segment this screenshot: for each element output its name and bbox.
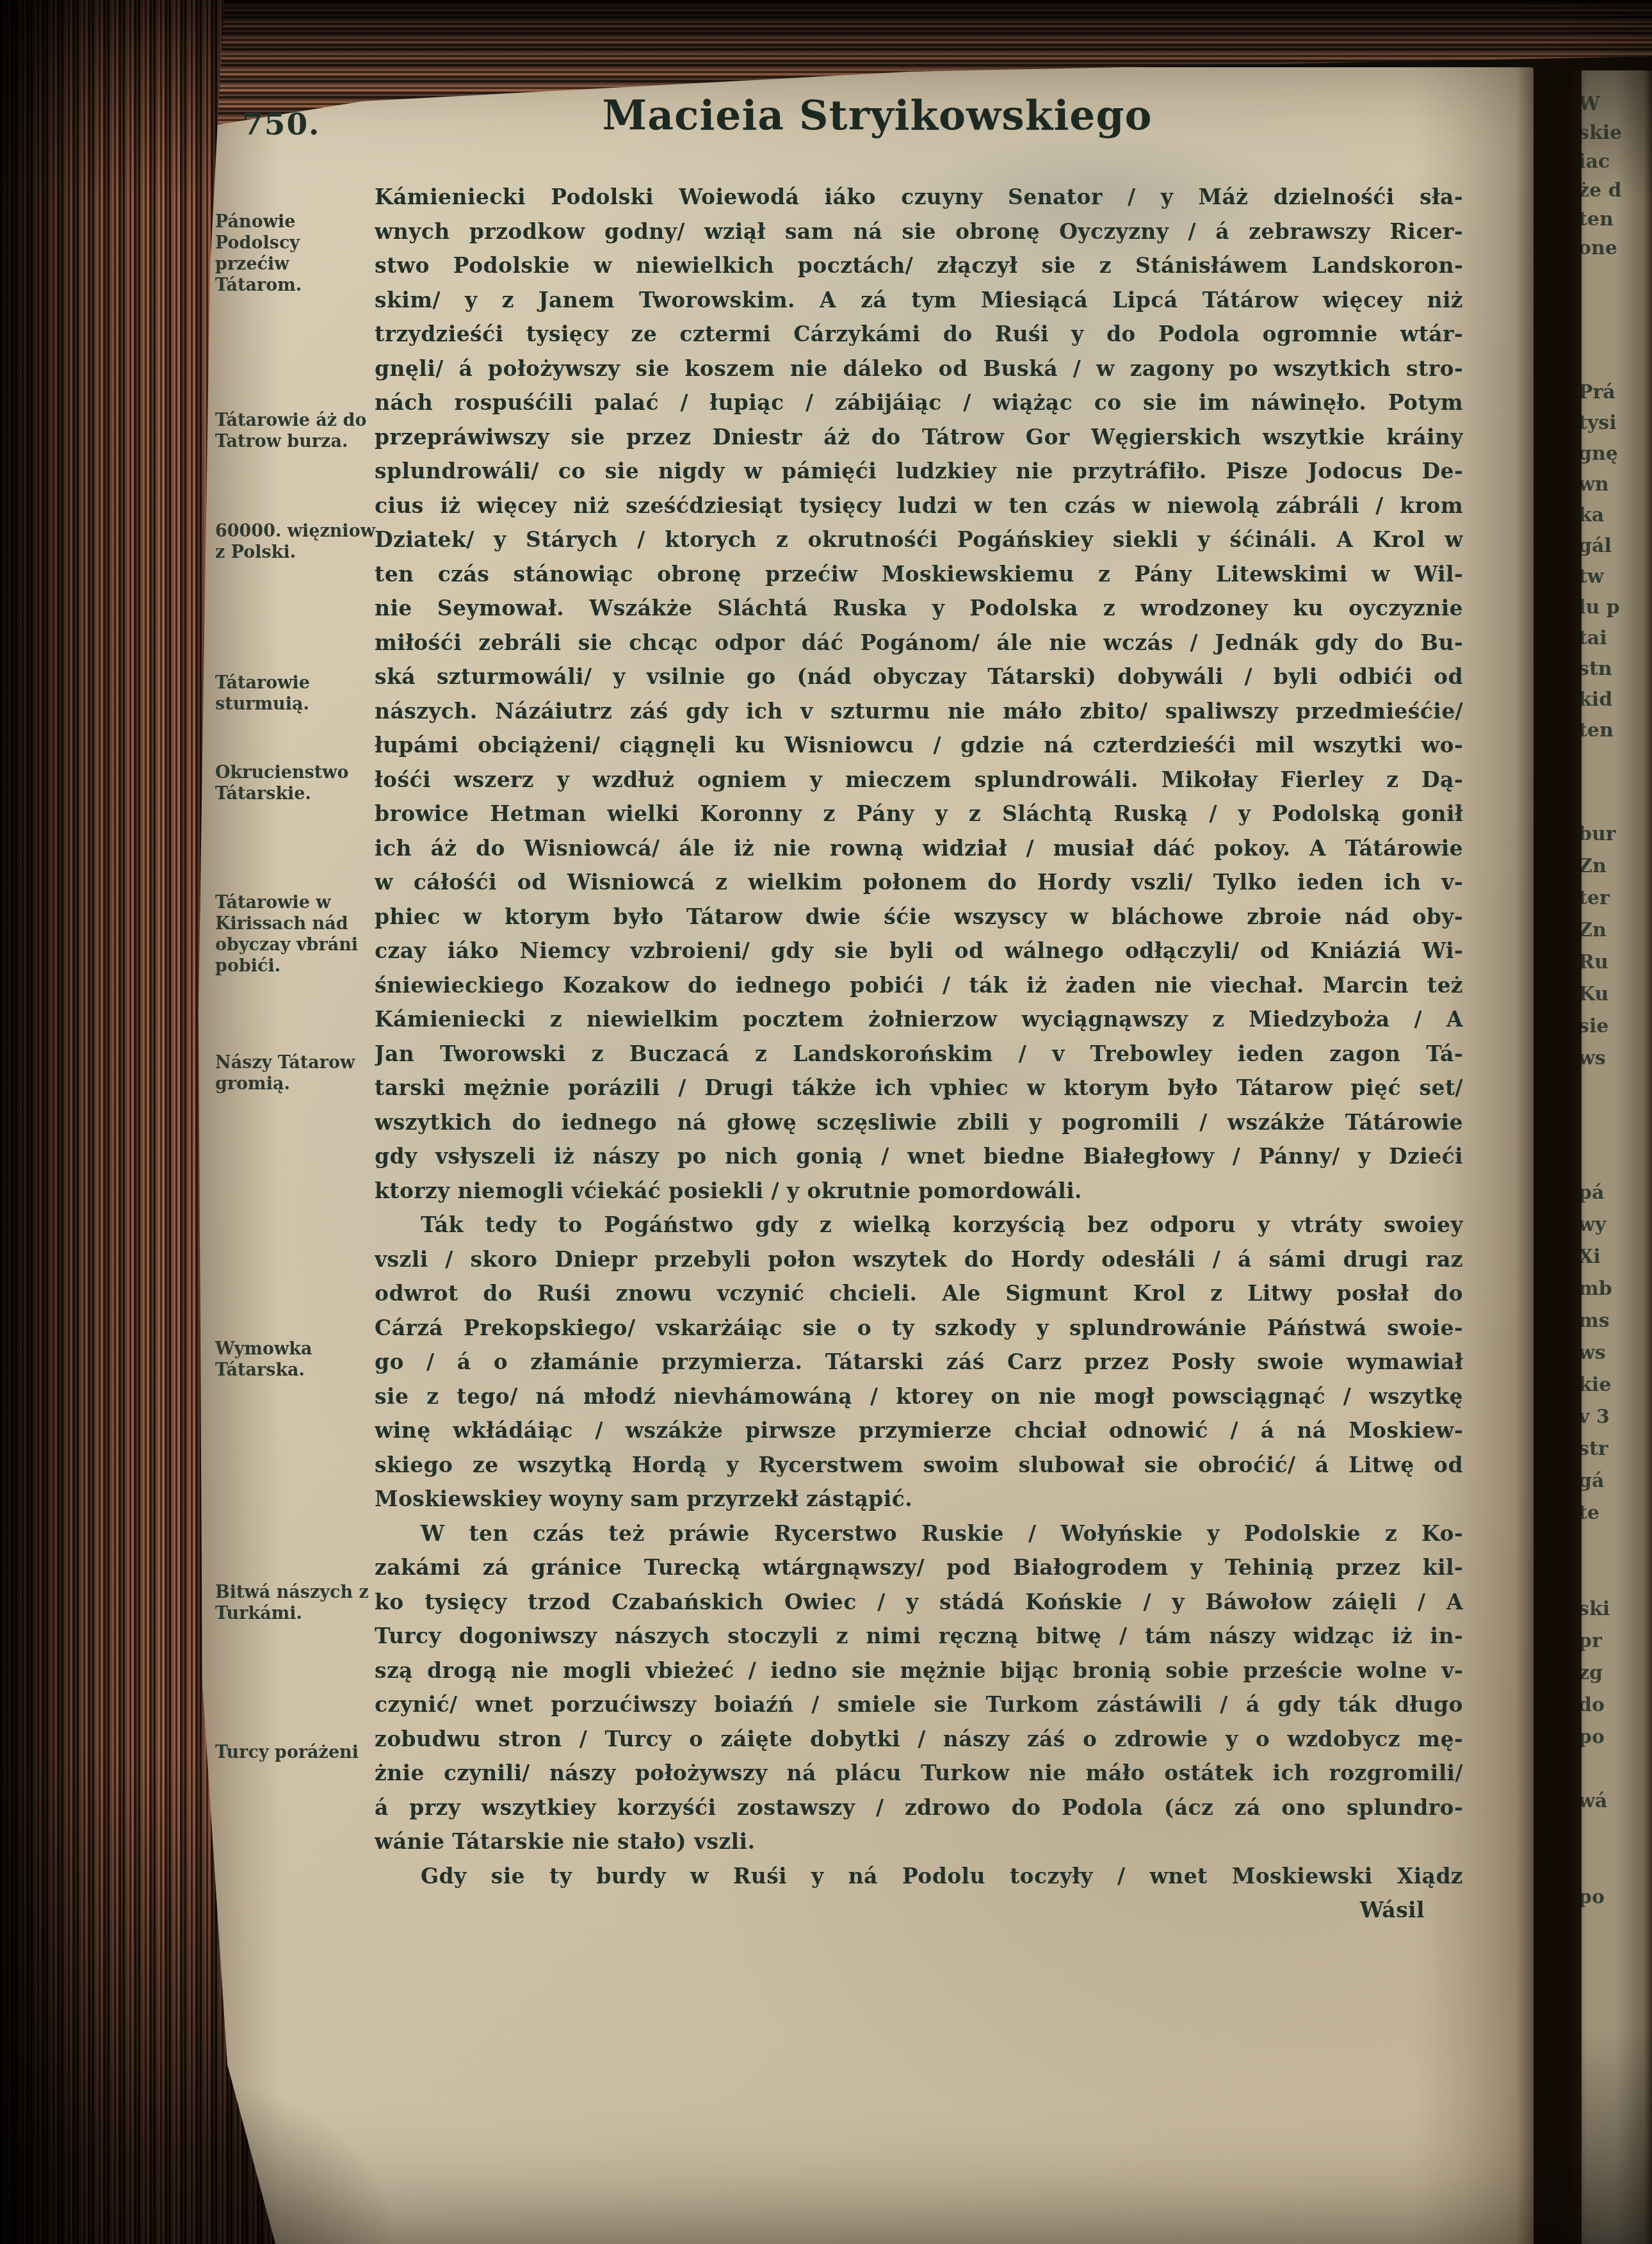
text-line: Dziatek/ y Stárych / ktorych z okrutność… — [375, 523, 1463, 557]
facing-page-fragment: pr — [1578, 1630, 1650, 1652]
text-line: ská szturmowáli/ y vsilnie go (nád obycz… — [375, 660, 1463, 694]
text-line: skiego ze wszytką Hordą y Rycerstwem swo… — [375, 1448, 1463, 1483]
text-line: Gdy sie ty burdy w Ruśi y ná Podolu tocz… — [375, 1859, 1463, 1894]
margin-note: Bitwá nászych z Turkámi. — [215, 1582, 378, 1624]
facing-page-fragment: ter — [1578, 887, 1650, 909]
gutter-shadow — [1516, 0, 1582, 2244]
text-line: stwo Podolskie w niewielkich pocztách/ z… — [375, 248, 1463, 283]
facing-page-fragment: iac — [1578, 150, 1650, 173]
text-line: wszytkich do iednego ná głowę sczęsliwie… — [375, 1105, 1463, 1140]
facing-page-fragment: Zn — [1578, 919, 1650, 941]
text-line: browice Hetman wielki Koronny z Pány y z… — [375, 797, 1463, 831]
text-line: Jan Tworowski z Buczacá z Landskorońskim… — [375, 1037, 1463, 1071]
facing-page-fragment: Zn — [1578, 855, 1650, 877]
text-line: Kámieniecki Podolski Woiewodá iáko czuyn… — [375, 180, 1463, 215]
text-line: wánie Tátarskie nie stało) vszli. — [375, 1825, 1463, 1859]
text-line: miłośći zebráli sie chcąc odpor dáć Pogá… — [375, 626, 1463, 660]
margin-note: Nászy Tátarow gromią. — [215, 1052, 378, 1094]
text-line: go / á o złamánie przymierza. Tátarski z… — [375, 1345, 1463, 1379]
facing-page-fragment: do — [1578, 1694, 1650, 1716]
facing-page-fragment: ten — [1578, 208, 1650, 231]
margin-note: Tátarowie áż do Tatrow burza. — [215, 410, 378, 452]
text-line: Turcy dogoniwszy nászych stoczyli z nimi… — [375, 1619, 1463, 1654]
text-line: trzydzieśći tysięcy ze cztermi Cárzykámi… — [375, 317, 1463, 352]
facing-page-fragment: wá — [1578, 1790, 1650, 1812]
text-line: Wásil — [375, 1893, 1463, 1928]
facing-page-fragment: mb — [1578, 1278, 1650, 1300]
facing-page-fragment: pá — [1578, 1182, 1650, 1204]
facing-page-fragment: gá — [1578, 1470, 1650, 1492]
text-line: skim/ y z Janem Tworowskim. A zá tym Mie… — [375, 283, 1463, 318]
text-line: przepráwiwszy sie przez Dniestr áż do Tá… — [375, 420, 1463, 455]
facing-page-fragment: str — [1578, 1438, 1650, 1460]
text-line: gnęli/ á położywszy sie koszem nie dálek… — [375, 352, 1463, 386]
facing-page-fragment: kie — [1578, 1374, 1650, 1396]
text-line: sie z tego/ ná młodź nievhámowáną / ktor… — [375, 1379, 1463, 1414]
page-number: 750. — [242, 107, 320, 142]
facing-page-fragment: gnę — [1578, 443, 1650, 465]
facing-page-fragment: sie — [1578, 1015, 1650, 1037]
text-line: tarski mężnie porázili / Drugi tákże ich… — [375, 1071, 1463, 1105]
margin-note: Tátarowie w Kirissach nád obyczay vbráni… — [215, 892, 378, 977]
facing-page-fragment: wn — [1578, 473, 1650, 496]
facing-page-fragment: stn — [1578, 658, 1650, 680]
text-line: zakámi zá gránice Turecką wtárgnąwszy/ p… — [375, 1550, 1463, 1585]
facing-page-fragment: tai — [1578, 627, 1650, 649]
margin-note: 60000. więzniow z Polski. — [215, 521, 378, 563]
facing-page-fragment: skie — [1578, 122, 1650, 144]
facing-page-fragment: ws — [1578, 1342, 1650, 1364]
text-line: W ten czás też práwie Rycerstwo Ruskie /… — [375, 1516, 1463, 1551]
facing-page-fragment: v 3 — [1578, 1406, 1650, 1428]
body-text-column: Kámieniecki Podolski Woiewodá iáko czuyn… — [375, 180, 1463, 1928]
text-line: nách rospuśćili palać / łupiąc / zábijái… — [375, 386, 1463, 420]
facing-page-fragment: że d — [1578, 179, 1650, 202]
facing-page-fragment: lu p — [1578, 596, 1650, 619]
text-line: w cáłośći od Wisniowcá z wielkim połonem… — [375, 865, 1463, 900]
text-line: Kámieniecki z niewielkim pocztem żołnier… — [375, 1002, 1463, 1037]
facing-page-fragment: one — [1578, 237, 1650, 259]
facing-page-fragment: Xi — [1578, 1246, 1650, 1268]
facing-page-fragment: ski — [1578, 1598, 1650, 1620]
text-line: śniewieckiego Kozakow do iednego pobići … — [375, 968, 1463, 1003]
facing-page-fragment: Prá — [1578, 381, 1650, 403]
text-line: nászych. Názáiutrz záś gdy ich v szturmu… — [375, 694, 1463, 729]
text-line: cius iż więcey niż sześćdziesiąt tysięcy… — [375, 489, 1463, 523]
facing-page-fragment: te — [1578, 1502, 1650, 1524]
text-line: ich áż do Wisniowcá/ ále iż nie rowną wi… — [375, 831, 1463, 866]
text-line: á przy wszytkiey korzyśći zostawszy / zd… — [375, 1791, 1463, 1825]
facing-page-fragment: ws — [1578, 1047, 1650, 1069]
facing-page-fragment: tw — [1578, 565, 1650, 588]
book-page: 750. Macieia Stryikowskiego Pánowie Podo… — [186, 67, 1534, 2244]
text-line: łośći wszerz y wzdłuż ogniem y mieczem s… — [375, 763, 1463, 797]
running-title: Macieia Stryikowskiego — [346, 92, 1409, 139]
facing-page-fragment: wy — [1578, 1214, 1650, 1236]
facing-page-fragment: ms — [1578, 1310, 1650, 1332]
text-line: ktorzy niemogli vćiekáć posiekli / y okr… — [375, 1174, 1463, 1208]
facing-page-fragment: kid — [1578, 688, 1650, 711]
text-line: ten czás stánowiąc obronę przećiw Moskie… — [375, 557, 1463, 592]
facing-page-fragment: bur — [1578, 823, 1650, 845]
margin-note: Wymowka Tátarska. — [215, 1338, 378, 1381]
text-line: winę wkłádáiąc / wszákże pirwsze przymie… — [375, 1413, 1463, 1448]
text-line: czay iáko Niemcy vzbroieni/ gdy sie byli… — [375, 934, 1463, 968]
margin-note: Turcy poráżeni — [215, 1742, 378, 1763]
margin-note: Pánowie Podolscy przećiw Tátarom. — [215, 211, 378, 296]
text-line: żnie czynili/ nászy położywszy ná plácu … — [375, 1756, 1463, 1791]
text-line: vszli / skoro Dniepr przebyli połon wszy… — [375, 1242, 1463, 1277]
text-line: łupámi obciążeni/ ciągnęli ku Wisniowcu … — [375, 728, 1463, 763]
text-line: gdy vsłyszeli iż nászy po nich gonią / w… — [375, 1139, 1463, 1174]
book-scan: 750. Macieia Stryikowskiego Pánowie Podo… — [0, 0, 1652, 2244]
facing-page-fragment: Ku — [1578, 983, 1650, 1005]
facing-page-fragment: zg — [1578, 1662, 1650, 1684]
text-line: szą drogą nie mogli vbieżeć / iedno sie … — [375, 1654, 1463, 1688]
text-line: wnych przodkow godny/ wziął sam ná sie o… — [375, 215, 1463, 249]
facing-page-fragment: W — [1578, 93, 1650, 115]
margin-note: Okrucienstwo Tátarskie. — [215, 762, 378, 804]
facing-page-fragment: po — [1578, 1726, 1650, 1748]
text-line: splundrowáli/ co sie nigdy w pámięći lud… — [375, 454, 1463, 489]
text-line: Cárzá Prekopskiego/ vskarżáiąc sie o ty … — [375, 1311, 1463, 1346]
facing-page-edge: Wskieiacże dtenonePrátysignęwnkagáltwlu … — [1572, 70, 1652, 2244]
text-line: odwrot do Ruśi znowu vczynić chcieli. Al… — [375, 1276, 1463, 1311]
text-line: Ták tedy to Pogáństwo gdy z wielką korzy… — [375, 1208, 1463, 1242]
text-line: phiec w ktorym było Tátarow dwie śćie ws… — [375, 900, 1463, 934]
facing-page-fragment: ka — [1578, 504, 1650, 526]
text-line: zobudwu stron / Turcy o záięte dobytki /… — [375, 1722, 1463, 1757]
facing-page-fragment: ten — [1578, 719, 1650, 742]
text-line: czynić/ wnet porzućiwszy boiaźń / smiele… — [375, 1687, 1463, 1722]
facing-page-fragment: gál — [1578, 535, 1650, 557]
facing-page-fragment: po — [1578, 1886, 1650, 1908]
facing-page-fragment: tysi — [1578, 412, 1650, 434]
facing-page-fragment: Ru — [1578, 951, 1650, 973]
text-line: ko tysięcy trzod Czabańskich Owiec / y s… — [375, 1585, 1463, 1620]
text-line: Moskiewskiey woyny sam przyrzekł zástąpi… — [375, 1482, 1463, 1516]
margin-note: Tátarowie sturmuią. — [215, 672, 378, 715]
text-line: nie Seymował. Wszákże Sláchtá Ruska y Po… — [375, 591, 1463, 626]
